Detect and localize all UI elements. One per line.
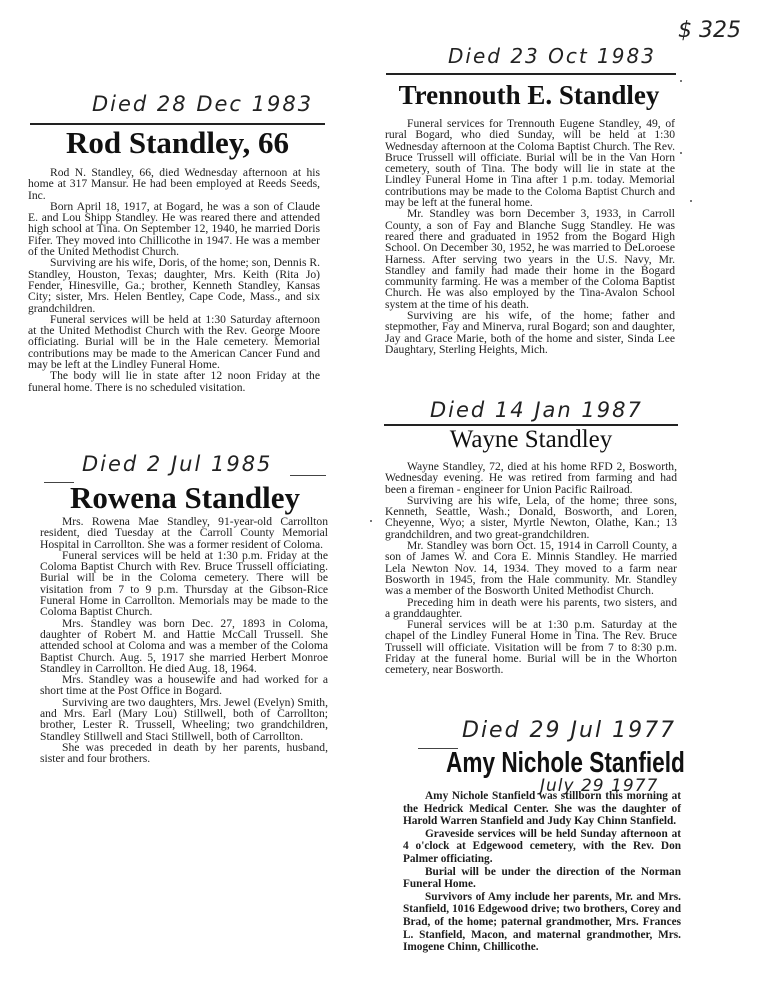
died-date-note: Died 29 Jul 1977 [462,718,676,743]
obituary-headline: Wayne Standley [384,426,678,454]
paragraph: Rod N. Standley, 66, died Wednesday afte… [28,167,320,201]
paragraph: Funeral services for Trennouth Eugene St… [385,118,675,208]
obituary-body: Mrs. Rowena Mae Standley, 91-year-old Ca… [40,516,328,765]
paragraph: Mrs. Standley was born Dec. 27, 1893 in … [40,618,328,674]
paragraph: She was preceded in death by her parents… [40,742,328,765]
paragraph: Funeral services will be held at 1:30 p.… [40,550,328,618]
scan-speck [690,200,692,202]
obituary-body: Rod N. Standley, 66, died Wednesday afte… [28,167,320,393]
died-date-note: Died 2 Jul 1985 [82,452,272,476]
paragraph: Funeral services will be held at 1:30 Sa… [28,314,320,370]
obituary-body: Amy Nichole Stanfield was stillborn this… [403,790,681,954]
paragraph: Preceding him in death were his parents,… [385,597,677,620]
died-date-note: Died 23 Oct 1983 [448,44,656,68]
paragraph: Burial will be under the direction of th… [403,866,681,891]
paragraph: Born April 18, 1917, at Bogard, he was a… [28,201,320,257]
paragraph: Funeral services will be at 1:30 p.m. Sa… [385,619,677,675]
divider-rule [290,475,326,476]
paragraph: Surviving are his wife, Doris, of the ho… [28,257,320,313]
paragraph: Mrs. Rowena Mae Standley, 91-year-old Ca… [40,516,328,550]
obituary-headline: Rowena Standley [40,480,330,516]
paragraph: Graveside services will be held Sunday a… [403,828,681,866]
paragraph: Amy Nichole Stanfield was stillborn this… [403,790,681,828]
paragraph: Mr. Standley was born Oct. 15, 1914 in C… [385,540,677,596]
paragraph: Mr. Standley was born December 3, 1933, … [385,208,675,310]
page-number-annotation: $ 325 [678,18,741,43]
divider-rule [386,73,676,75]
obituary-headline: Rod Standley, 66 [30,125,325,161]
paragraph: Surviving are his wife, of the home; fat… [385,310,675,355]
died-date-note: Died 28 Dec 1983 [92,92,313,116]
paragraph: Surviving are his wife, Lela, of the hom… [385,495,677,540]
paragraph: The body will lie in state after 12 noon… [28,370,320,393]
scan-speck [680,80,682,82]
died-date-note: Died 14 Jan 1987 [430,398,643,422]
paragraph: Surviving are two daughters, Mrs. Jewel … [40,697,328,742]
paragraph: Wayne Standley, 72, died at his home RFD… [385,461,677,495]
obituary-body: Wayne Standley, 72, died at his home RFD… [385,461,677,676]
paragraph: Mrs. Standley was a housewife and had wo… [40,674,328,697]
obituary-headline: Trennouth E. Standley [380,80,678,111]
scan-speck [370,520,372,522]
paragraph: Survivors of Amy include her parents, Mr… [403,891,681,954]
obituary-body: Funeral services for Trennouth Eugene St… [385,118,675,355]
scan-speck [680,152,682,154]
